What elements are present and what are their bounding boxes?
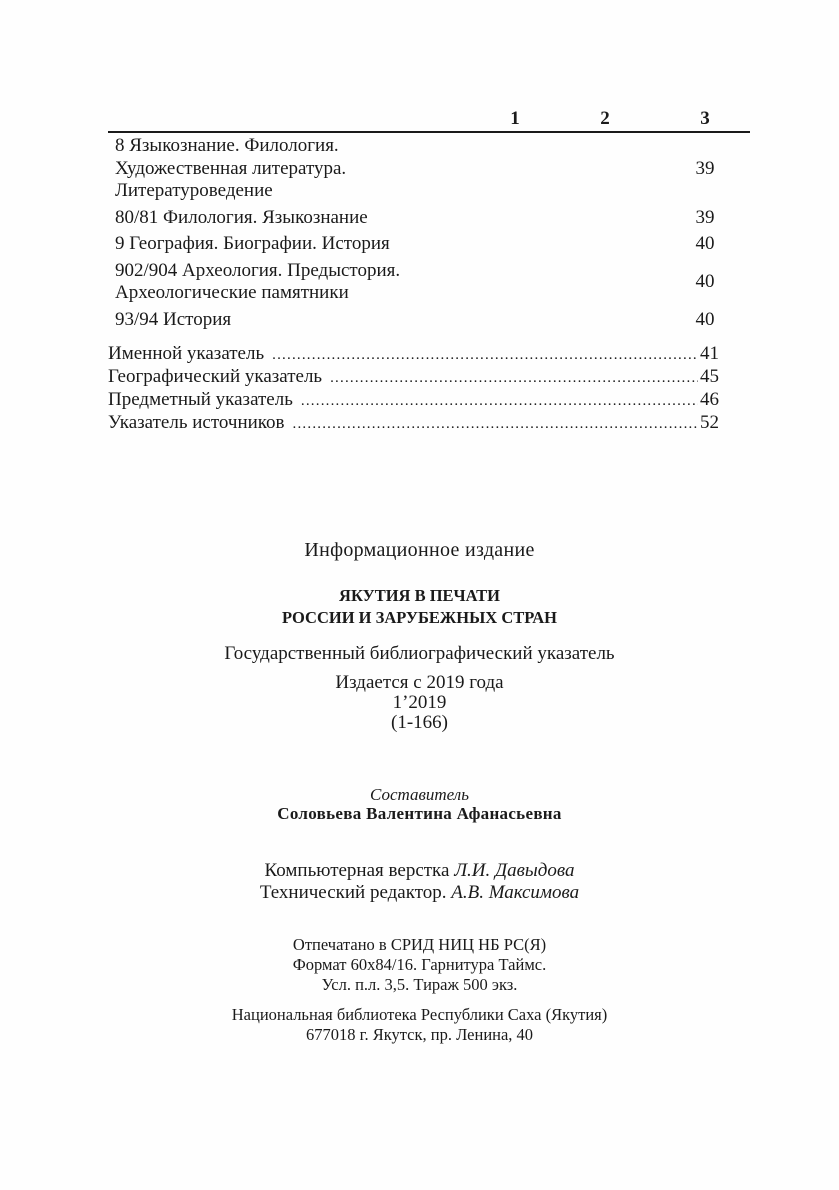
publication-info: Издается с 2019 года 1’2019 (1-166) — [0, 673, 839, 733]
column-header-3: 3 — [695, 109, 715, 129]
dot-leader — [330, 367, 698, 389]
index-entry-label: Предметный указатель — [108, 389, 293, 411]
entry-range: (1-166) — [0, 713, 839, 733]
toc-row-archaeology: 902/904 Археология. Предыстория. Археоло… — [108, 260, 750, 305]
library-info: Национальная библиотека Республики Саха … — [0, 1005, 839, 1045]
print-line: Отпечатано в СРИД НИЦ НБ РС(Я) — [0, 935, 839, 955]
toc-row-page: 39 — [693, 207, 717, 230]
layout-label: Компьютерная верстка — [265, 860, 450, 881]
toc-row-title-line: Литературоведение — [115, 180, 535, 203]
library-name: Национальная библиотека Республики Саха … — [0, 1005, 839, 1025]
editor-credit: Технический редактор. А.В. Максимова — [0, 882, 839, 904]
print-line: Формат 60х84/16. Гарнитура Таймс. — [0, 955, 839, 975]
toc-row-title-line: 9 География. Биографии. История — [115, 233, 535, 256]
toc-rows: 8 Языкознание. Филология. Художественная… — [108, 133, 750, 331]
index-entry-names: Именной указатель 41 — [108, 343, 719, 366]
index-entry-page: 52 — [700, 412, 719, 434]
index-entry-label: Географический указатель — [108, 366, 322, 388]
toc-row-geography: 9 География. Биографии. История 40 — [108, 233, 750, 256]
toc-row-title: 9 География. Биографии. История — [115, 233, 535, 256]
toc-row-title: 93/94 История — [115, 309, 535, 332]
print-line: Усл. п.л. 3,5. Тираж 500 экз. — [0, 975, 839, 995]
toc-row-title-line: 80/81 Филология. Языкознание — [115, 207, 535, 230]
index-entry-sources: Указатель источников 52 — [108, 412, 719, 435]
index-entry-label: Именной указатель — [108, 343, 264, 365]
print-info: Отпечатано в СРИД НИЦ НБ РС(Я) Формат 60… — [0, 935, 839, 995]
compiler-label: Составитель — [0, 785, 839, 805]
production-credits: Компьютерная верстка Л.И. Давыдова Техни… — [0, 860, 839, 904]
compiler-name: Соловьева Валентина Афанасьевна — [0, 803, 839, 825]
library-address: 677018 г. Якутск, пр. Ленина, 40 — [0, 1025, 839, 1045]
document-page: 1 2 3 8 Языкознание. Филология. Художест… — [0, 0, 839, 1190]
editor-person: А.В. Максимова — [451, 882, 579, 903]
toc-row-title: 902/904 Археология. Предыстория. Археоло… — [115, 260, 535, 305]
editor-label: Технический редактор. — [260, 882, 447, 903]
toc-table-header: 1 2 3 — [108, 107, 750, 133]
publication-subtitle: Государственный библиографический указат… — [0, 643, 839, 665]
index-list: Именной указатель 41 Географический указ… — [108, 343, 719, 435]
publication-title: ЯКУТИЯ В ПЕЧАТИ РОССИИ И ЗАРУБЕЖНЫХ СТРА… — [0, 585, 839, 629]
column-header-1: 1 — [505, 109, 525, 129]
toc-row-title-line: 93/94 История — [115, 309, 535, 332]
toc-row-page: 40 — [693, 271, 717, 294]
toc-row-linguistics: 8 Языкознание. Филология. Художественная… — [108, 135, 750, 203]
index-entry-label: Указатель источников — [108, 412, 285, 434]
toc-table: 1 2 3 8 Языкознание. Филология. Художест… — [108, 107, 750, 335]
index-entry-page: 45 — [700, 366, 719, 388]
dot-leader — [293, 413, 698, 435]
toc-row-history: 93/94 История 40 — [108, 309, 750, 332]
toc-row-title: 80/81 Филология. Языкознание — [115, 207, 535, 230]
toc-row-page: 40 — [693, 233, 717, 256]
index-entry-geographic: Географический указатель 45 — [108, 366, 719, 389]
toc-row-title-line: 8 Языкознание. Филология. — [115, 135, 535, 158]
index-entry-page: 41 — [700, 343, 719, 365]
publication-type: Информационное издание — [0, 538, 839, 562]
toc-row-philology: 80/81 Филология. Языкознание 39 — [108, 207, 750, 230]
column-header-2: 2 — [595, 109, 615, 129]
toc-row-page: 39 — [693, 158, 717, 181]
dot-leader — [272, 344, 698, 366]
toc-row-page: 40 — [693, 309, 717, 332]
index-entry-page: 46 — [700, 389, 719, 411]
index-entry-subject: Предметный указатель 46 — [108, 389, 719, 412]
toc-row-title-line: Археологические памятники — [115, 282, 535, 305]
toc-row-title-line: Художественная литература. — [115, 158, 535, 181]
layout-person: Л.И. Давыдова — [454, 860, 574, 881]
title-line: РОССИИ И ЗАРУБЕЖНЫХ СТРАН — [0, 607, 839, 629]
toc-row-title: 8 Языкознание. Филология. Художественная… — [115, 135, 535, 203]
dot-leader — [301, 390, 698, 412]
title-line: ЯКУТИЯ В ПЕЧАТИ — [0, 585, 839, 607]
published-since: Издается с 2019 года — [0, 673, 839, 693]
toc-row-title-line: 902/904 Археология. Предыстория. — [115, 260, 535, 283]
issue-number: 1’2019 — [0, 693, 839, 713]
layout-credit: Компьютерная верстка Л.И. Давыдова — [0, 860, 839, 882]
